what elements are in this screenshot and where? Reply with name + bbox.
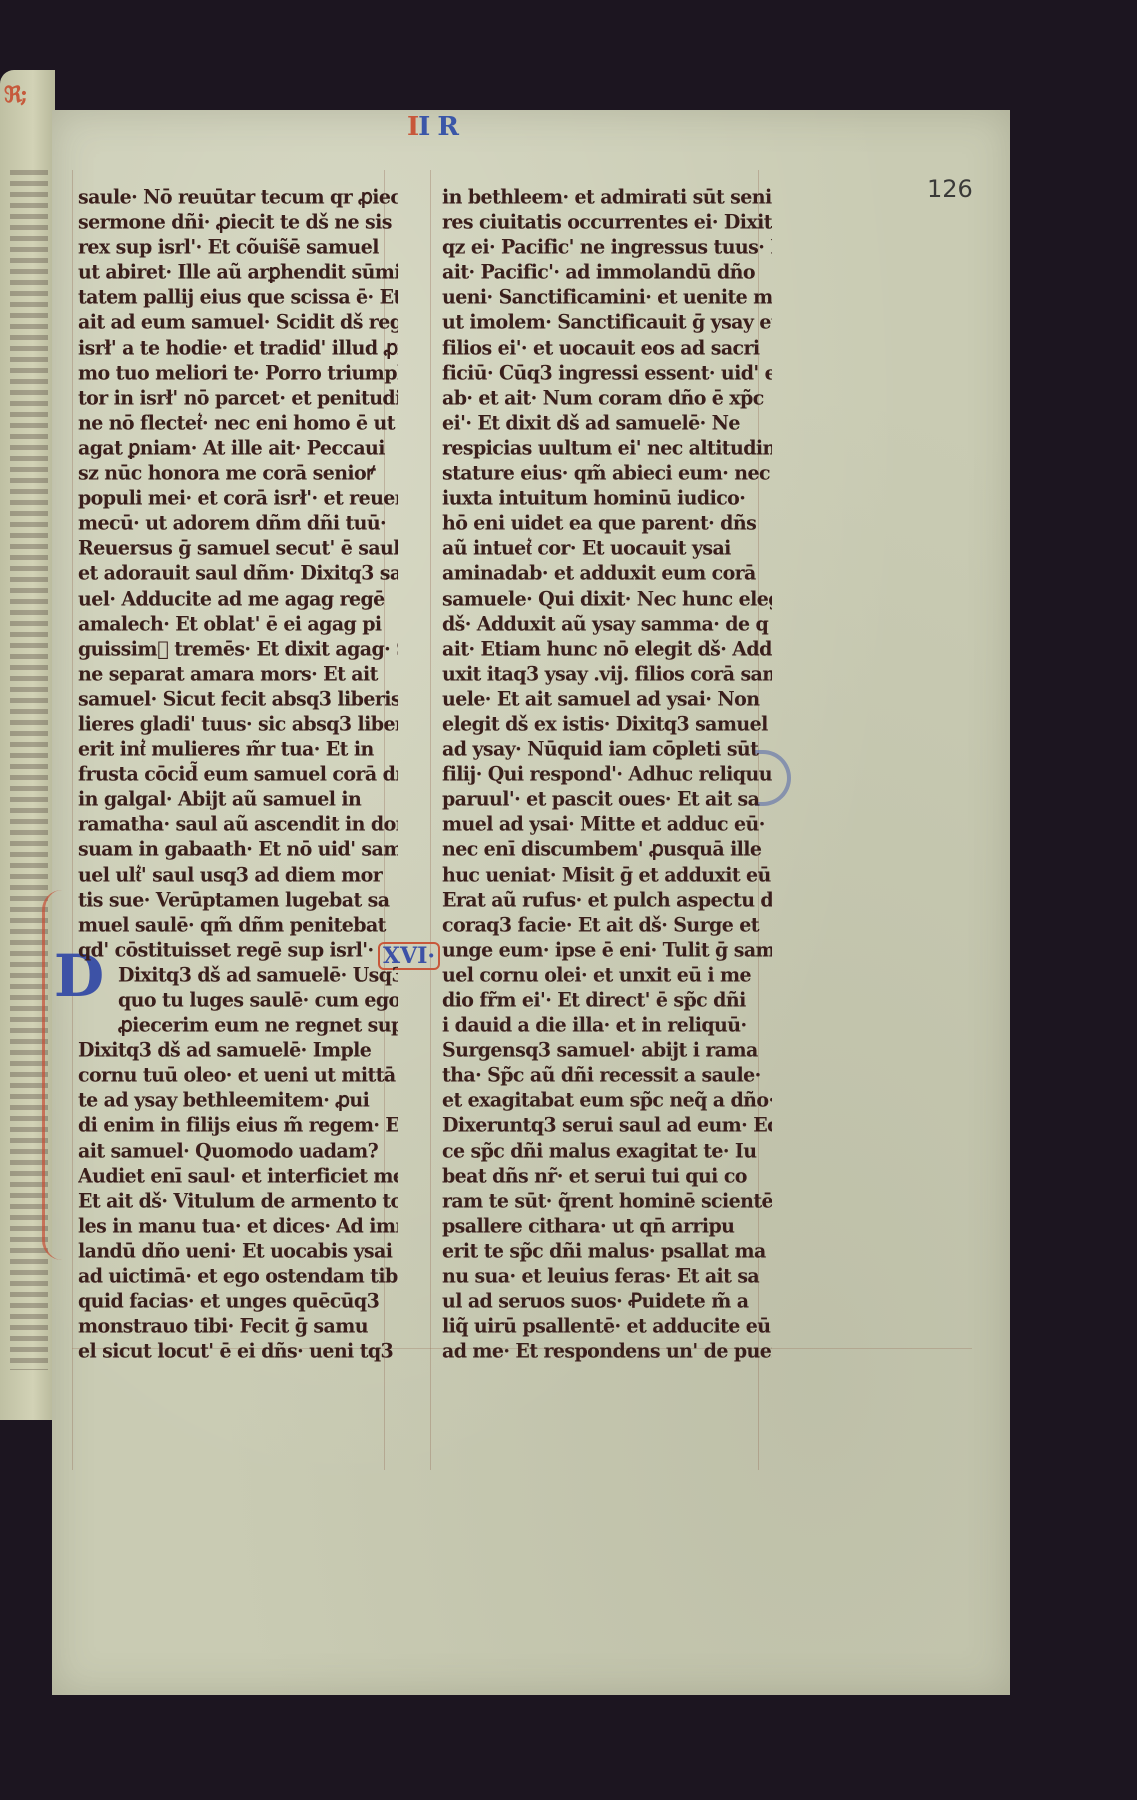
text-line: respicias uultum ei' nec altitudinē bbox=[442, 435, 772, 461]
text-line: rex sup isrl'· Et cõuis̃ē samuel bbox=[78, 235, 398, 261]
text-line: ce sp̃c dñi malus exagitat te· Iu bbox=[442, 1138, 772, 1164]
folio-number: 126 bbox=[927, 175, 973, 203]
text-line: te ad ysay bethleemitem· ꝓui bbox=[78, 1088, 398, 1114]
text-line: ad ysay· Nūquid iam cōpleti sūt bbox=[442, 736, 772, 762]
text-line: samuel· Sicut fecit absq3 liberis mu bbox=[78, 686, 398, 712]
text-line: Erat aũ rufus· et pulch aspectu de bbox=[442, 887, 772, 913]
text-line: Reuersus ḡ samuel secut' ē saulē· bbox=[78, 536, 398, 562]
page-edge-rubric: ℜ; bbox=[4, 82, 26, 108]
text-line: unge eum· ipse ē eni· Tulit ḡ sam bbox=[442, 937, 772, 963]
ruling-line bbox=[430, 170, 431, 1470]
text-line: tor in isrł' nō parcet· et penitudi bbox=[78, 385, 398, 411]
text-line: cornu tuū oleo· et ueni ut mittā bbox=[78, 1063, 398, 1089]
text-line: Dixeruntq3 serui saul ad eum· Ec bbox=[442, 1113, 772, 1139]
text-line: di enim in filijs eius m̃ regem· Et bbox=[78, 1113, 398, 1139]
text-line: dio fr̃m ei'· Et direct' ē sp̃c dñi bbox=[442, 987, 772, 1013]
text-line: ramatha· saul aũ ascendit in domū bbox=[78, 812, 398, 838]
text-line: paruul'· et pascit oues· Et ait sa bbox=[442, 787, 772, 813]
text-line: stature eius· qm̃ abieci eum· nec bbox=[442, 460, 772, 486]
text-line: les in manu tua· et dices· Ad immo bbox=[78, 1213, 398, 1239]
text-line: ul ad seruos suos· Ꝓuidete m̃ a bbox=[442, 1288, 772, 1314]
text-line: muel ad ysai· Mitte et adduc eū· bbox=[442, 812, 772, 838]
text-line: quid facias· et unges quēcūq3 bbox=[78, 1288, 398, 1314]
text-line: samuele· Qui dixit· Nec hunc elegit bbox=[442, 586, 772, 612]
text-line: mecū· ut adorem dñm dñi tuū· bbox=[78, 511, 398, 537]
text-line: ꝓiecerim eum ne regnet sup isrl'· bbox=[78, 1012, 398, 1038]
text-line: ab· et ait· Num coram dño ē xp̃c bbox=[442, 385, 772, 411]
text-line: Dixitq3 dš ad samuelē· Usq3 bbox=[78, 962, 398, 988]
text-line: ne nō flectet͛· nec eni homo ē ut bbox=[78, 410, 398, 436]
text-line: ait· Pacific'· ad immolandū dño bbox=[442, 260, 772, 286]
text-line: ait· Etiam hunc nō elegit dš· Add bbox=[442, 636, 772, 662]
text-line: et exagitabat eum sp̃c neq̃ a dño· bbox=[442, 1088, 772, 1114]
text-line: sermone dñi· ꝓiecit te dš ne sis bbox=[78, 209, 398, 235]
text-line: quo tu luges saulē· cum ego bbox=[78, 987, 398, 1013]
text-line: aminadab· et adduxit eum corā bbox=[442, 561, 772, 587]
text-line: coraq3 facie· Et ait dš· Surge et bbox=[442, 912, 772, 938]
manuscript-leaf: IⅠ R 126 D XVI· saule· Nō reuūtar tecum … bbox=[52, 110, 1010, 1695]
text-line: ueni· Sanctificamini· et uenite mecū bbox=[442, 285, 772, 311]
text-line: tha· Sp̃c aũ dñi recessit a saule· bbox=[442, 1063, 772, 1089]
text-line: et adorauit saul dñm· Dixitq3 sam bbox=[78, 561, 398, 587]
text-line: filij· Qui respond'· Adhuc reliquus est bbox=[442, 762, 772, 788]
text-line: agat ꝑniam· At ille ait· Peccaui bbox=[78, 435, 398, 461]
text-line: ei'· Et dixit dš ad samuelē· Ne bbox=[442, 410, 772, 436]
text-line: tis sue· Verūptamen lugebat sa bbox=[78, 887, 398, 913]
text-line: Dixitq3 dš ad samuelē· Imple bbox=[78, 1038, 398, 1064]
text-line: res ciuitatis occurrentes ei· Dixit bbox=[442, 209, 772, 235]
text-line: hō eni uidet ea que parent· dñs bbox=[442, 511, 772, 537]
text-line: ficiū· Cūq3 ingressi essent· uid' eli bbox=[442, 360, 772, 386]
text-line: ad me· Et respondens un' de pueris ait· bbox=[442, 1339, 772, 1365]
text-line: ut imolem· Sanctificauit ḡ ysay et bbox=[442, 310, 772, 336]
text-line: nu sua· et leuius feras· Et ait sa bbox=[442, 1263, 772, 1289]
text-line: sz nūc honora me corā senioꝵ bbox=[78, 460, 398, 486]
text-line: i dauid a die illa· et in reliquū· bbox=[442, 1012, 772, 1038]
text-line: tatem pallij eius que scissa ē· Et bbox=[78, 285, 398, 311]
text-line: suam in gabaath· Et nō uid' sam bbox=[78, 837, 398, 863]
text-line: el sicut locut' ē ei dñs· ueni tq3 bbox=[78, 1339, 398, 1365]
text-line: mo tuo meliori te· Porro triumpha bbox=[78, 360, 398, 386]
text-line: aũ intuet͛ cor· Et uocauit ysai bbox=[442, 536, 772, 562]
text-line: isrł' a te hodie· et tradid' illud ꝓxi bbox=[78, 335, 398, 361]
text-line: qz ei· Pacific' ne ingressus tuus· Et bbox=[442, 235, 772, 261]
text-line: huc ueniat· Misit ḡ et adduxit eū· bbox=[442, 862, 772, 888]
text-line: uele· Et ait samuel ad ysai· Non bbox=[442, 686, 772, 712]
text-line: guissim᷑ tremēs· Et dixit agag· Sic bbox=[78, 636, 398, 662]
text-line: ait ad eum samuel· Scidit dš regnū bbox=[78, 310, 398, 336]
text-line: erit int͛ mulieres m̃r tua· Et in bbox=[78, 736, 398, 762]
text-line: Audiet enī saul· et interficiet me· bbox=[78, 1163, 398, 1189]
text-line: uel· Adducite ad me agag regē bbox=[78, 586, 398, 612]
text-line: in bethleem· et admirati sūt senio bbox=[442, 184, 772, 210]
text-line: ad uictimā· et ego ostendam tibi bbox=[78, 1263, 398, 1289]
running-head: IⅠ R bbox=[407, 112, 458, 142]
text-line: uel ult͛' saul usq3 ad diem mor bbox=[78, 862, 398, 888]
text-line: lieres gladi' tuus· sic absq3 liberis bbox=[78, 711, 398, 737]
text-line: liq̃ uirū psallentē· et adducite eū bbox=[442, 1314, 772, 1340]
text-line: beat dñs nr̃· et serui tui qui co bbox=[442, 1163, 772, 1189]
text-line: landū dño ueni· Et uocabis ysai bbox=[78, 1238, 398, 1264]
text-line: frusta cōcid̃ eum samuel corā dño bbox=[78, 762, 398, 788]
running-head-rubric: I bbox=[407, 112, 418, 142]
text-line: Surgensq3 samuel· abijt i rama bbox=[442, 1038, 772, 1064]
ruling-line bbox=[72, 170, 73, 1470]
text-column-right: in bethleem· et admirati sūt seniores ci… bbox=[442, 185, 772, 1364]
text-line: populi mei· et corā isrł'· et reuertere bbox=[78, 485, 398, 511]
text-line: nec enī discumbem' ꝓusquā ille bbox=[442, 837, 772, 863]
text-line: in galgal· Abijt aũ samuel in bbox=[78, 787, 398, 813]
text-line: ait samuel· Quomodo uadam? bbox=[78, 1138, 398, 1164]
text-line: saule· Nō reuūtar tecum qr ꝓiecisti bbox=[78, 184, 398, 210]
text-line: elegit dš ex istis· Dixitq3 samuel bbox=[442, 711, 772, 737]
text-line: muel saulē· qm̃ dñm penitebat bbox=[78, 912, 398, 938]
text-line: monstrauo tibi· Fecit ḡ samu bbox=[78, 1314, 398, 1340]
text-line: amalech· Et oblat' ē ei agag pi bbox=[78, 611, 398, 637]
text-line: uel cornu olei· et unxit eū i me bbox=[442, 962, 772, 988]
text-line: erit te sp̃c dñi malus· psallat ma bbox=[442, 1238, 772, 1264]
text-line: dš· Adduxit aũ ysay samma· de q bbox=[442, 611, 772, 637]
text-line: Et ait dš· Vitulum de armento tol bbox=[78, 1188, 398, 1214]
text-line: ne separat amara mors· Et ait bbox=[78, 661, 398, 687]
text-line: qd' cōstituisset regē sup isrl'· bbox=[78, 937, 398, 963]
text-line: filios ei'· et uocauit eos ad sacri bbox=[442, 335, 772, 361]
text-line: ut abiret· Ille aũ arꝑhendit sūmi bbox=[78, 260, 398, 286]
text-line: ram te sūt· q̃rent hominē scientē bbox=[442, 1188, 772, 1214]
text-line: uxit itaq3 ysay .vij. filios corā sam bbox=[442, 661, 772, 687]
text-line: iuxta intuitum hominū iudico· bbox=[442, 485, 772, 511]
text-column-left: saule· Nō reuūtar tecum qr ꝓiecistisermo… bbox=[78, 185, 398, 1364]
text-line: psallere cithara· ut qn̄ arripu bbox=[442, 1213, 772, 1239]
